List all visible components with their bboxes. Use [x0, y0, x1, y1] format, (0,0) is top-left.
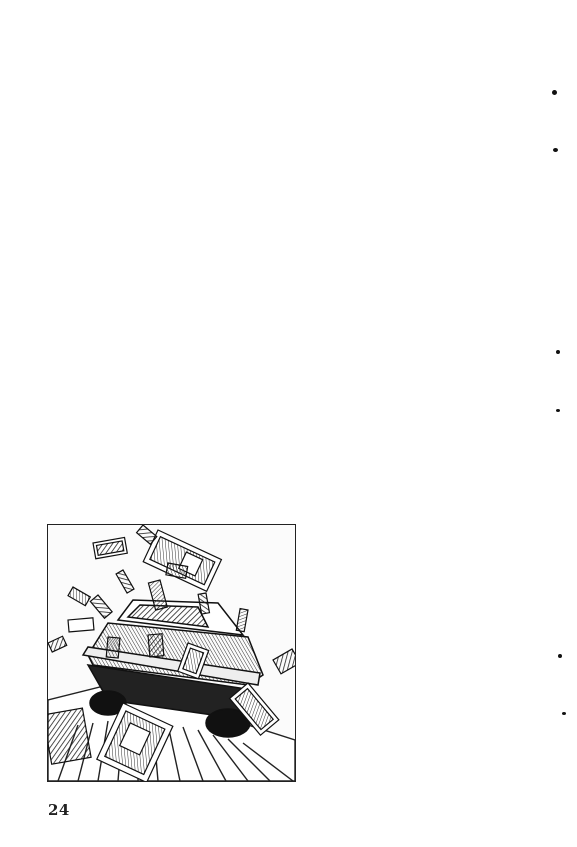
scan-speck [552, 90, 557, 95]
scan-speck [562, 712, 566, 715]
page-number: 24 [48, 801, 70, 819]
scan-speck [556, 350, 560, 354]
car-money-drawing [48, 525, 295, 781]
scan-speck [553, 148, 558, 152]
scan-speck [556, 409, 560, 412]
car-money-illustration [47, 524, 296, 782]
scan-speck [558, 654, 562, 658]
